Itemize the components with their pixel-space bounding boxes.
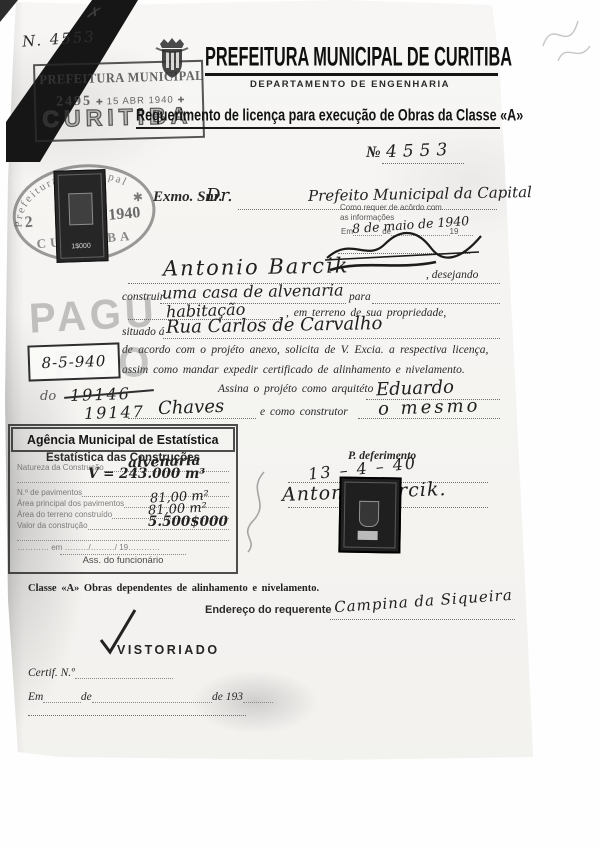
- em-row: Em de de 193: [28, 691, 273, 703]
- revenue-stamp-crest: [68, 193, 93, 226]
- endereco-line: [330, 618, 515, 620]
- pencil-squiggle: [238, 468, 284, 556]
- oval-stamp-left-digit: 2: [24, 214, 33, 232]
- architect-last-name: Chaves: [158, 396, 225, 419]
- stat-value-valor: 5.500$000: [148, 514, 228, 530]
- statistics-title-box: Agência Municipal de Estatística: [11, 427, 235, 452]
- payment-date-box: 8-5-940: [27, 342, 120, 381]
- form-number-prefix: №: [366, 144, 381, 162]
- de193-label: de 193: [212, 691, 243, 703]
- form-number-value: 4553: [386, 140, 454, 162]
- printed-certificado: assim como mandar expedir certificado de…: [122, 364, 465, 376]
- form-title: Requerimento de licença para execução de…: [136, 106, 523, 125]
- printed-construtor: e como construtor: [260, 406, 348, 418]
- dispatch-stamp-line1: Como requer de acôrdo com: [340, 203, 442, 212]
- vistoriado-stamp: VISTORIADO: [117, 643, 220, 657]
- printed-desejando: , desejando: [426, 269, 478, 281]
- stat-row: [17, 533, 229, 541]
- scanned-document: ✗ N. 4553 PREFEITURA MUNICIPAL 2495 ✚ 15…: [0, 0, 600, 849]
- stat-label: Área principal dos pavimentos: [17, 499, 124, 508]
- address-value: Rua Carlos de Carvalho: [166, 313, 383, 338]
- ref-prefix: do: [40, 389, 56, 404]
- applicant-name: Antonio Barcik: [163, 253, 350, 280]
- pencil-marks: [538, 6, 594, 68]
- printed-licenca: de acordo com o projéto anexo, solicita …: [122, 344, 488, 356]
- page-title: PREFEITURA MUNICIPAL DE CURITIBA: [205, 42, 512, 73]
- salutation-doctor: Dr.: [206, 185, 233, 206]
- stats-sig-line: Ass. do funcionário: [10, 555, 236, 566]
- statistics-title: Agência Municipal de Estatística: [27, 432, 218, 447]
- ref-number-new: 19147: [84, 402, 146, 423]
- address-line: [163, 337, 500, 339]
- payment-stamp-word1: PAGU: [28, 289, 159, 343]
- revenue-stamp-2: [338, 476, 401, 553]
- department-subtitle: DEPARTAMENTO DE ENGENHARIA: [250, 79, 450, 90]
- title-underline: [205, 73, 498, 76]
- pen-flourish: [328, 258, 440, 274]
- stat-value-volume: V = 243.000 m³: [88, 466, 205, 482]
- certif-row: Certif. N.º: [28, 667, 173, 679]
- statistics-box: Agência Municipal de Estatística Estatís…: [8, 424, 238, 574]
- stat-label: N.º de pavimentos: [17, 488, 82, 497]
- form-title-underline: [136, 127, 500, 129]
- oval-stamp-year: 1940: [108, 204, 141, 224]
- printed-para: para: [349, 291, 371, 303]
- stat-label: Área do terreno construído: [17, 510, 112, 519]
- de-label: de: [81, 691, 92, 703]
- footer-blank-line: [28, 714, 246, 716]
- construtor-value: o mesmo: [378, 395, 481, 420]
- revenue-stamp: 1$000: [53, 169, 108, 263]
- endereco-label: Endereço do requerente: [205, 604, 332, 616]
- certif-label: Certif. N.º: [28, 667, 75, 679]
- payment-date: 8-5-940: [41, 352, 106, 372]
- em-label: Em: [28, 691, 43, 703]
- work-description: uma casa de alvenaria: [162, 280, 344, 302]
- classe-note: Classe «A» Obras dependentes de alinhame…: [28, 583, 319, 594]
- stat-label: Valor da construção: [17, 521, 88, 530]
- revenue-stamp-2-value-box: [358, 531, 378, 540]
- star-icon: ✱: [132, 190, 143, 205]
- stats-date-line: ………… em ………/………/ 19…………: [17, 543, 160, 552]
- printed-assina: Assina o projéto como arquitéto: [218, 383, 373, 395]
- work-line-b: [372, 302, 500, 304]
- coat-of-arms-icon: [152, 36, 192, 82]
- form-number-line: [382, 162, 464, 164]
- revenue-stamp-2-crest: [359, 501, 379, 527]
